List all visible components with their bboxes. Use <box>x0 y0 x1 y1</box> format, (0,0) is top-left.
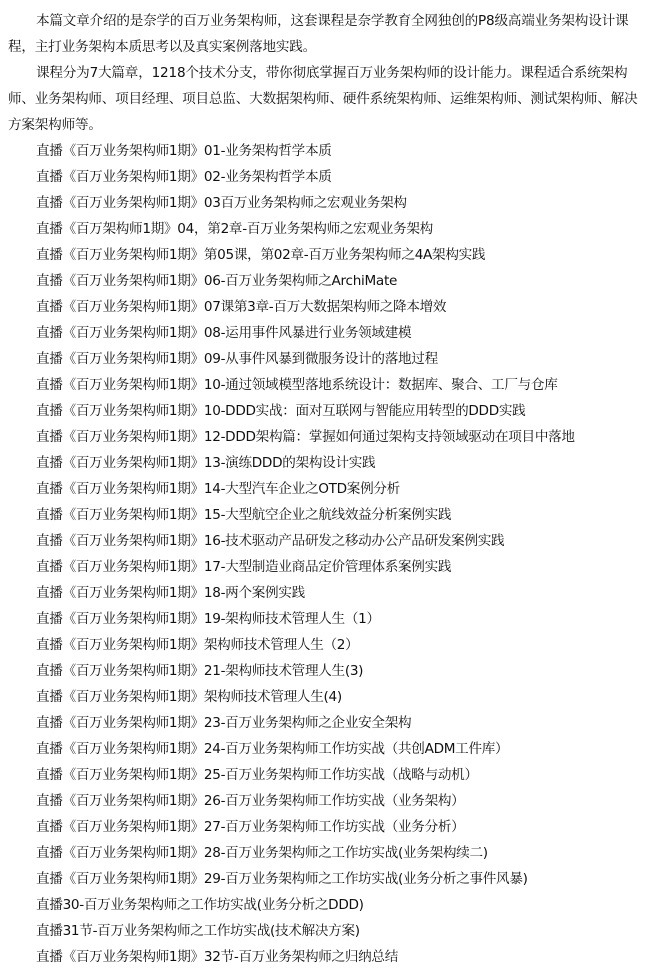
lesson-item: 直播《百万业务架构师1期》18-两个案例实践 <box>8 580 642 606</box>
lesson-item: 直播《百万业务架构师1期》29-百万业务架构师之工作坊实战(业务分析之事件风暴) <box>8 866 642 892</box>
lesson-item: 直播《百万业务架构师1期》09-从事件风暴到微服务设计的落地过程 <box>8 346 642 372</box>
lesson-item: 直播《百万业务架构师1期》10-通过领域模型落地系统设计：数据库、聚合、工厂与仓… <box>8 372 642 398</box>
course-summary-paragraph: 课程分为7大篇章，1218个技术分支，带你彻底掌握百万业务架构师的设计能力。课程… <box>8 60 642 138</box>
lesson-item: 直播《百万业务架构师1期》19-架构师技术管理人生（1） <box>8 606 642 632</box>
lesson-item: 直播《百万业务架构师1期》03百万业务架构师之宏观业务架构 <box>8 190 642 216</box>
lesson-item: 直播《百万业务架构师1期》01-业务架构哲学本质 <box>8 138 642 164</box>
lesson-item: 直播《百万业务架构师1期》23-百万业务架构师之企业安全架构 <box>8 710 642 736</box>
lesson-item: 直播30-百万业务架构师之工作坊实战(业务分析之DDD) <box>8 892 642 918</box>
lesson-item: 直播《百万业务架构师1期》27-百万业务架构师工作坊实战（业务分析） <box>8 814 642 840</box>
lesson-item: 直播《百万业务架构师1期》13-演练DDD的架构设计实践 <box>8 450 642 476</box>
lesson-item: 直播《百万业务架构师1期》17-大型制造业商品定价管理体系案例实践 <box>8 554 642 580</box>
lesson-item: 直播《百万业务架构师1期》14-大型汽车企业之OTD案例分析 <box>8 476 642 502</box>
lesson-item: 直播《百万业务架构师1期》21-架构师技术管理人生(3) <box>8 658 642 684</box>
lesson-item: 直播《百万架构师1期》04，第2章-百万业务架构师之宏观业务架构 <box>8 216 642 242</box>
lesson-item: 直播《百万业务架构师1期》06-百万业务架构师之ArchiMate <box>8 268 642 294</box>
lesson-item: 直播《百万业务架构师1期》25-百万业务架构师工作坊实战（战略与动机） <box>8 762 642 788</box>
lesson-item: 直播《百万业务架构师1期》26-百万业务架构师工作坊实战（业务架构） <box>8 788 642 814</box>
lesson-item: 直播《百万业务架构师1期》12-DDD架构篇：掌握如何通过架构支持领域驱动在项目… <box>8 424 642 450</box>
lesson-item: 直播《百万业务架构师1期》07课第3章-百万大数据架构师之降本增效 <box>8 294 642 320</box>
lesson-item: 直播《百万业务架构师1期》16-技术驱动产品研发之移动办公产品研发案例实践 <box>8 528 642 554</box>
lesson-item: 直播《百万业务架构师1期》第05课，第02章-百万业务架构师之4A架构实践 <box>8 242 642 268</box>
lesson-item: 直播《百万业务架构师1期》10-DDD实战：面对互联网与智能应用转型的DDD实践 <box>8 398 642 424</box>
lesson-item: 直播《百万业务架构师1期》32节-百万业务架构师之归纳总结 <box>8 944 642 970</box>
lesson-list: 直播《百万业务架构师1期》01-业务架构哲学本质 直播《百万业务架构师1期》02… <box>8 138 642 970</box>
lesson-item: 直播《百万业务架构师1期》架构师技术管理人生（2） <box>8 632 642 658</box>
intro-paragraph: 本篇文章介绍的是奈学的百万业务架构师，这套课程是奈学教育全网独创的P8级高端业务… <box>8 8 642 60</box>
lesson-item: 直播《百万业务架构师1期》15-大型航空企业之航线效益分析案例实践 <box>8 502 642 528</box>
lesson-item: 直播《百万业务架构师1期》28-百万业务架构师之工作坊实战(业务架构续二) <box>8 840 642 866</box>
lesson-item: 直播《百万业务架构师1期》架构师技术管理人生(4) <box>8 684 642 710</box>
lesson-item: 直播《百万业务架构师1期》24-百万业务架构师工作坊实战（共创ADM工件库） <box>8 736 642 762</box>
lesson-item: 直播31节-百万业务架构师之工作坊实战(技术解决方案) <box>8 918 642 944</box>
article-body: 本篇文章介绍的是奈学的百万业务架构师，这套课程是奈学教育全网独创的P8级高端业务… <box>0 0 650 970</box>
lesson-item: 直播《百万业务架构师1期》02-业务架构哲学本质 <box>8 164 642 190</box>
lesson-item: 直播《百万业务架构师1期》08-运用事件风暴进行业务领域建模 <box>8 320 642 346</box>
